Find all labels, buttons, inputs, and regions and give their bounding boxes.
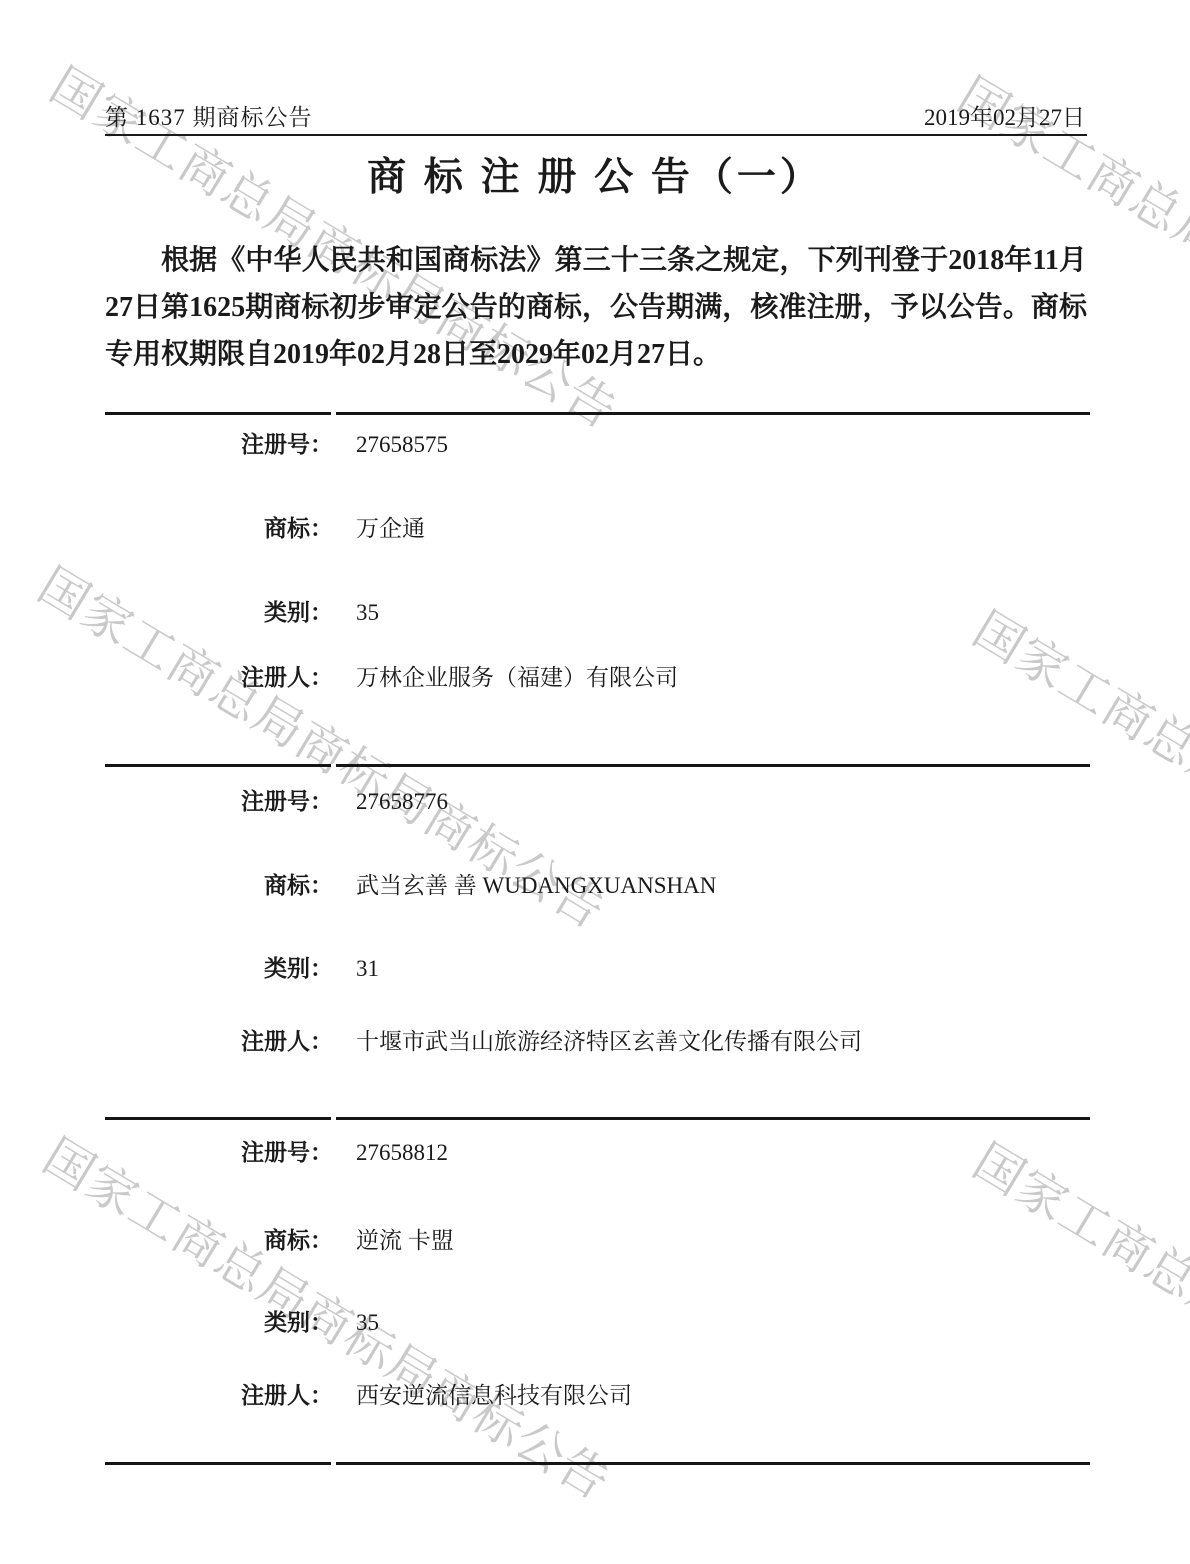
record-row-regno: 注册号：27658776	[105, 788, 1090, 816]
record-row-category: 类别：35	[105, 1309, 1090, 1337]
record-row-trademark: 商标：逆流 卡盟	[105, 1227, 1090, 1255]
record-row-regno: 注册号：27658575	[105, 431, 1090, 459]
record-divider	[105, 412, 1090, 415]
record-divider	[105, 1117, 1090, 1120]
trademark-value: 万企通	[356, 516, 425, 541]
category-value: 35	[356, 1310, 379, 1335]
trademark-label: 商标：	[105, 515, 333, 543]
issue-number: 第 1637 期商标公告	[105, 99, 313, 132]
record-row-trademark: 商标：万企通	[105, 515, 1090, 543]
document-content: 第 1637 期商标公告 2019年02月27日 商 标 注 册 公 告（一） …	[0, 0, 1190, 1564]
header-divider	[105, 134, 1087, 136]
category-value: 31	[356, 956, 379, 981]
registrant-label: 注册人：	[105, 1382, 333, 1410]
registrant-value: 西安逆流信息科技有限公司	[356, 1383, 632, 1408]
page-title: 商 标 注 册 公 告（一）	[0, 146, 1190, 202]
record-row-registrant: 注册人：十堰市武当山旅游经济特区玄善文化传播有限公司	[105, 1028, 1090, 1056]
regno-value: 27658776	[356, 789, 448, 814]
trademark-value: 逆流 卡盟	[356, 1228, 454, 1253]
trademark-label: 商标：	[105, 872, 333, 900]
document-page: 国家工商总局商标局商标公告 国家工商总局商标局商标公告 国家工商总局商标局商标公…	[0, 0, 1190, 1564]
trademark-label: 商标：	[105, 1227, 333, 1255]
regno-label: 注册号：	[105, 1139, 333, 1167]
category-label: 类别：	[105, 955, 333, 983]
trademark-value: 武当玄善 善 WUDANGXUANSHAN	[356, 873, 716, 898]
record-row-registrant: 注册人：万林企业服务（福建）有限公司	[105, 664, 1090, 692]
record-row-category: 类别：31	[105, 955, 1090, 983]
record-row-registrant: 注册人：西安逆流信息科技有限公司	[105, 1382, 1090, 1410]
registrant-label: 注册人：	[105, 664, 333, 692]
registrant-value: 十堰市武当山旅游经济特区玄善文化传播有限公司	[356, 1029, 862, 1054]
registrant-value: 万林企业服务（福建）有限公司	[356, 665, 678, 690]
record-divider	[105, 764, 1090, 767]
record-row-category: 类别：35	[105, 599, 1090, 627]
category-label: 类别：	[105, 1309, 333, 1337]
regno-label: 注册号：	[105, 788, 333, 816]
regno-label: 注册号：	[105, 431, 333, 459]
publication-date: 2019年02月27日	[924, 99, 1085, 132]
registrant-label: 注册人：	[105, 1028, 333, 1056]
record-row-trademark: 商标：武当玄善 善 WUDANGXUANSHAN	[105, 872, 1090, 900]
category-value: 35	[356, 600, 379, 625]
regno-value: 27658812	[356, 1140, 448, 1165]
record-row-regno: 注册号：27658812	[105, 1139, 1090, 1167]
category-label: 类别：	[105, 599, 333, 627]
regno-value: 27658575	[356, 432, 448, 457]
record-divider	[105, 1462, 1090, 1465]
intro-paragraph: 根据《中华人民共和国商标法》第三十三条之规定，下列刊登于2018年11月27日第…	[105, 237, 1087, 378]
